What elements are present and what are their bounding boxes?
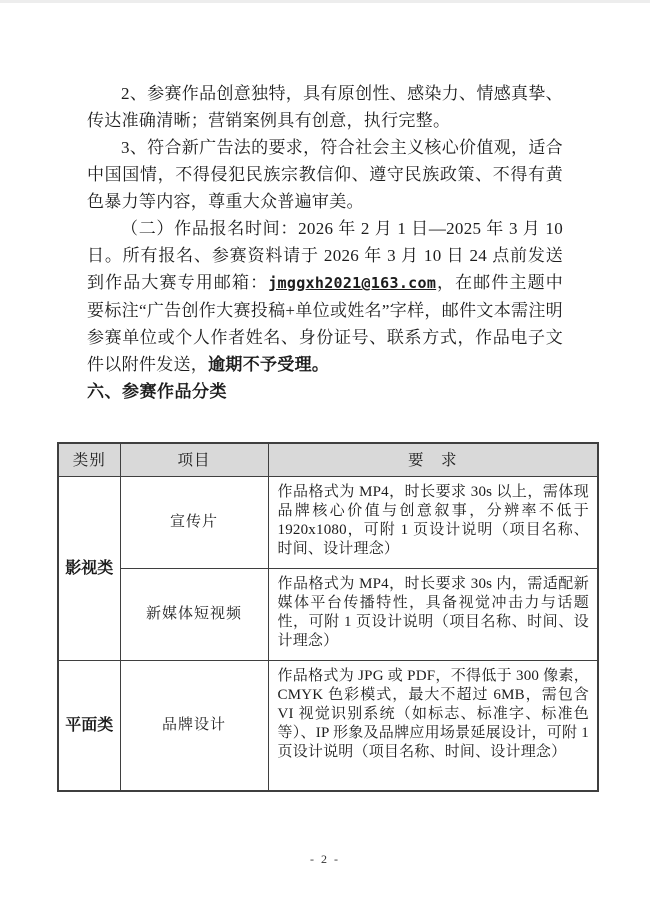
item-cell-short-video: 新媒体短视频 (120, 569, 268, 661)
table-row-short-video: 新媒体短视频 作品格式为 MP4，时长要求 30s 内，需适配新媒体平台传播特性… (58, 569, 598, 661)
page-number: - 2 - (0, 852, 650, 867)
item-cell-brand-design: 品牌设计 (120, 661, 268, 791)
requirement-cell-short-video: 作品格式为 MP4，时长要求 30s 内，需适配新媒体平台传播特性，具备视觉冲击… (268, 569, 598, 661)
classification-table: 类别 项目 要 求 影视类 宣传片 作品格式为 MP4，时长要求 30s 以上，… (57, 442, 599, 792)
contest-email-link[interactable]: jmggxh2021@163.com (268, 274, 436, 292)
paragraph-rule-3: 3、符合新广告法的要求，符合社会主义核心价值观，适合中国国情，不得侵犯民族宗教信… (87, 134, 563, 215)
table-row-promo-video: 影视类 宣传片 作品格式为 MP4，时长要求 30s 以上，需体现品牌核心价值与… (58, 477, 598, 569)
column-header-category: 类别 (58, 443, 120, 477)
table-header-row: 类别 项目 要 求 (58, 443, 598, 477)
paragraph-rule-2: 2、参赛作品创意独特，具有原创性、感染力、情感真挚、传达准确清晰；营销案例具有创… (87, 80, 563, 134)
paragraph-registration: （二）作品报名时间：2026 年 2 月 1 日—2025 年 3 月 10 日… (87, 215, 563, 378)
category-cell-film-video: 影视类 (58, 477, 120, 661)
column-header-requirement: 要 求 (268, 443, 598, 477)
category-cell-graphic: 平面类 (58, 661, 120, 791)
classification-table-wrapper: 类别 项目 要 求 影视类 宣传片 作品格式为 MP4，时长要求 30s 以上，… (57, 442, 563, 792)
deadline-warning-text: 逾期不予受理。 (208, 355, 329, 374)
table-row-brand-design: 平面类 品牌设计 作品格式为 JPG 或 PDF，不得低于 300 像素，CMY… (58, 661, 598, 791)
document-page: 2、参赛作品创意独特，具有原创性、感染力、情感真挚、传达准确清晰；营销案例具有创… (0, 0, 650, 897)
section-heading-entry-classification: 六、参赛作品分类 (87, 378, 563, 405)
item-cell-promo-video: 宣传片 (120, 477, 268, 569)
document-body: 2、参赛作品创意独特，具有原创性、感染力、情感真挚、传达准确清晰；营销案例具有创… (0, 3, 650, 792)
requirement-cell-brand-design: 作品格式为 JPG 或 PDF，不得低于 300 像素，CMYK 色彩模式，最大… (268, 661, 598, 791)
column-header-item: 项目 (120, 443, 268, 477)
requirement-cell-promo-video: 作品格式为 MP4，时长要求 30s 以上，需体现品牌核心价值与创意叙事，分辨率… (268, 477, 598, 569)
